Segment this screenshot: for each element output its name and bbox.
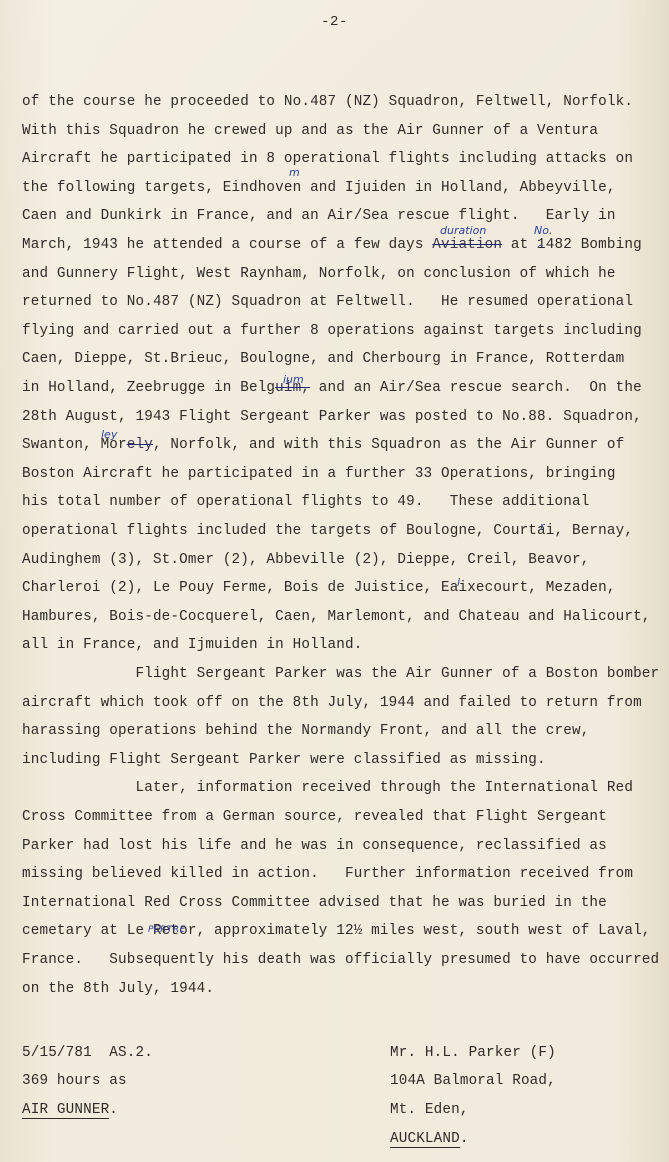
annotation-belgium-ium: ium xyxy=(283,373,304,386)
annotation-eaixecourt-l: l xyxy=(457,576,460,589)
body-line: Parker had lost his life and he was in c… xyxy=(22,837,607,855)
body-line: Caen and Dunkirk in France, and an Air/S… xyxy=(22,207,616,225)
body-line: France. Subsequently his death was offic… xyxy=(22,951,659,969)
recipient-suburb: Mt. Eden, xyxy=(390,1101,469,1119)
footer-trade-suffix: . xyxy=(109,1102,118,1118)
recipient-name: Mr. H.L. Parker (F) xyxy=(390,1044,556,1062)
body-line: Hambures, Bois-de-Cocquerel, Caen, Marle… xyxy=(22,608,651,626)
body-line: and Gunnery Flight, West Raynham, Norfol… xyxy=(22,265,616,283)
annotation-pertre: PERTRE xyxy=(148,925,186,935)
body-line: Boston Aircraft he participated in a fur… xyxy=(22,465,616,483)
footer-hours: 369 hours as xyxy=(22,1072,127,1090)
body-line: International Red Cross Committee advise… xyxy=(22,894,607,912)
body-line: all in France, and Ijmuiden in Holland. xyxy=(22,636,362,654)
insert-caret: ^ xyxy=(536,244,544,255)
body-line: harassing operations behind the Normandy… xyxy=(22,722,589,740)
body-line: Cross Committee from a German source, re… xyxy=(22,808,607,826)
body-line: With this Squadron he crewed up and as t… xyxy=(22,122,598,140)
body-line: March, 1943 he attended a course of a fe… xyxy=(22,236,642,254)
body-line: on the 8th July, 1944. xyxy=(22,980,214,998)
body-line: flying and carried out a further 8 opera… xyxy=(22,322,642,340)
body-line: Flight Sergeant Parker was the Air Gunne… xyxy=(22,665,659,683)
body-line: in Holland, Zeebrugge in Belguim, and an… xyxy=(22,379,642,397)
footer-reference: 5/15/781 AS.2. xyxy=(22,1044,153,1062)
body-line: Audinghem (3), St.Omer (2), Abbeville (2… xyxy=(22,551,589,569)
annotation-courtrai-r: r xyxy=(540,520,545,533)
recipient-city-label: AUCKLAND xyxy=(390,1131,460,1148)
struck-text: ely xyxy=(127,437,153,453)
body-line: Charleroi (2), Le Pouy Ferme, Bois de Ju… xyxy=(22,579,616,597)
body-line: the following targets, Eindhoven and Iju… xyxy=(22,179,616,197)
recipient-street: 104A Balmoral Road, xyxy=(390,1072,556,1090)
footer-trade-label: AIR GUNNER xyxy=(22,1102,109,1119)
body-line: including Flight Sergeant Parker were cl… xyxy=(22,751,546,769)
annotation-ijmuiden-m: m xyxy=(289,166,300,179)
body-line: Later, information received through the … xyxy=(22,779,633,797)
footer-trade: AIR GUNNER. xyxy=(22,1101,118,1119)
body-line: aircraft which took off on the 8th July,… xyxy=(22,694,642,712)
body-line: returned to No.487 (NZ) Squadron at Felt… xyxy=(22,293,633,311)
body-line: of the course he proceeded to No.487 (NZ… xyxy=(22,93,633,111)
body-line: his total number of operational flights … xyxy=(22,493,589,511)
struck-text: Aviation xyxy=(432,237,502,253)
annotation-duration: duration xyxy=(440,224,486,237)
recipient-city: AUCKLAND. xyxy=(390,1130,469,1148)
annotation-no: No. xyxy=(534,224,552,237)
body-line: cemetary at Le Retor, approximately 12½ … xyxy=(22,922,651,940)
body-line: Aircraft he participated in 8 operationa… xyxy=(22,150,633,168)
annotation-morley-ley: ley xyxy=(101,428,117,441)
body-line: missing believed killed in action. Furth… xyxy=(22,865,633,883)
body-line: Caen, Dieppe, St.Brieuc, Boulogne, and C… xyxy=(22,350,624,368)
recipient-city-suffix: . xyxy=(460,1131,469,1147)
page-number: -2- xyxy=(0,14,669,30)
body-line: 28th August, 1943 Flight Sergeant Parker… xyxy=(22,408,642,426)
